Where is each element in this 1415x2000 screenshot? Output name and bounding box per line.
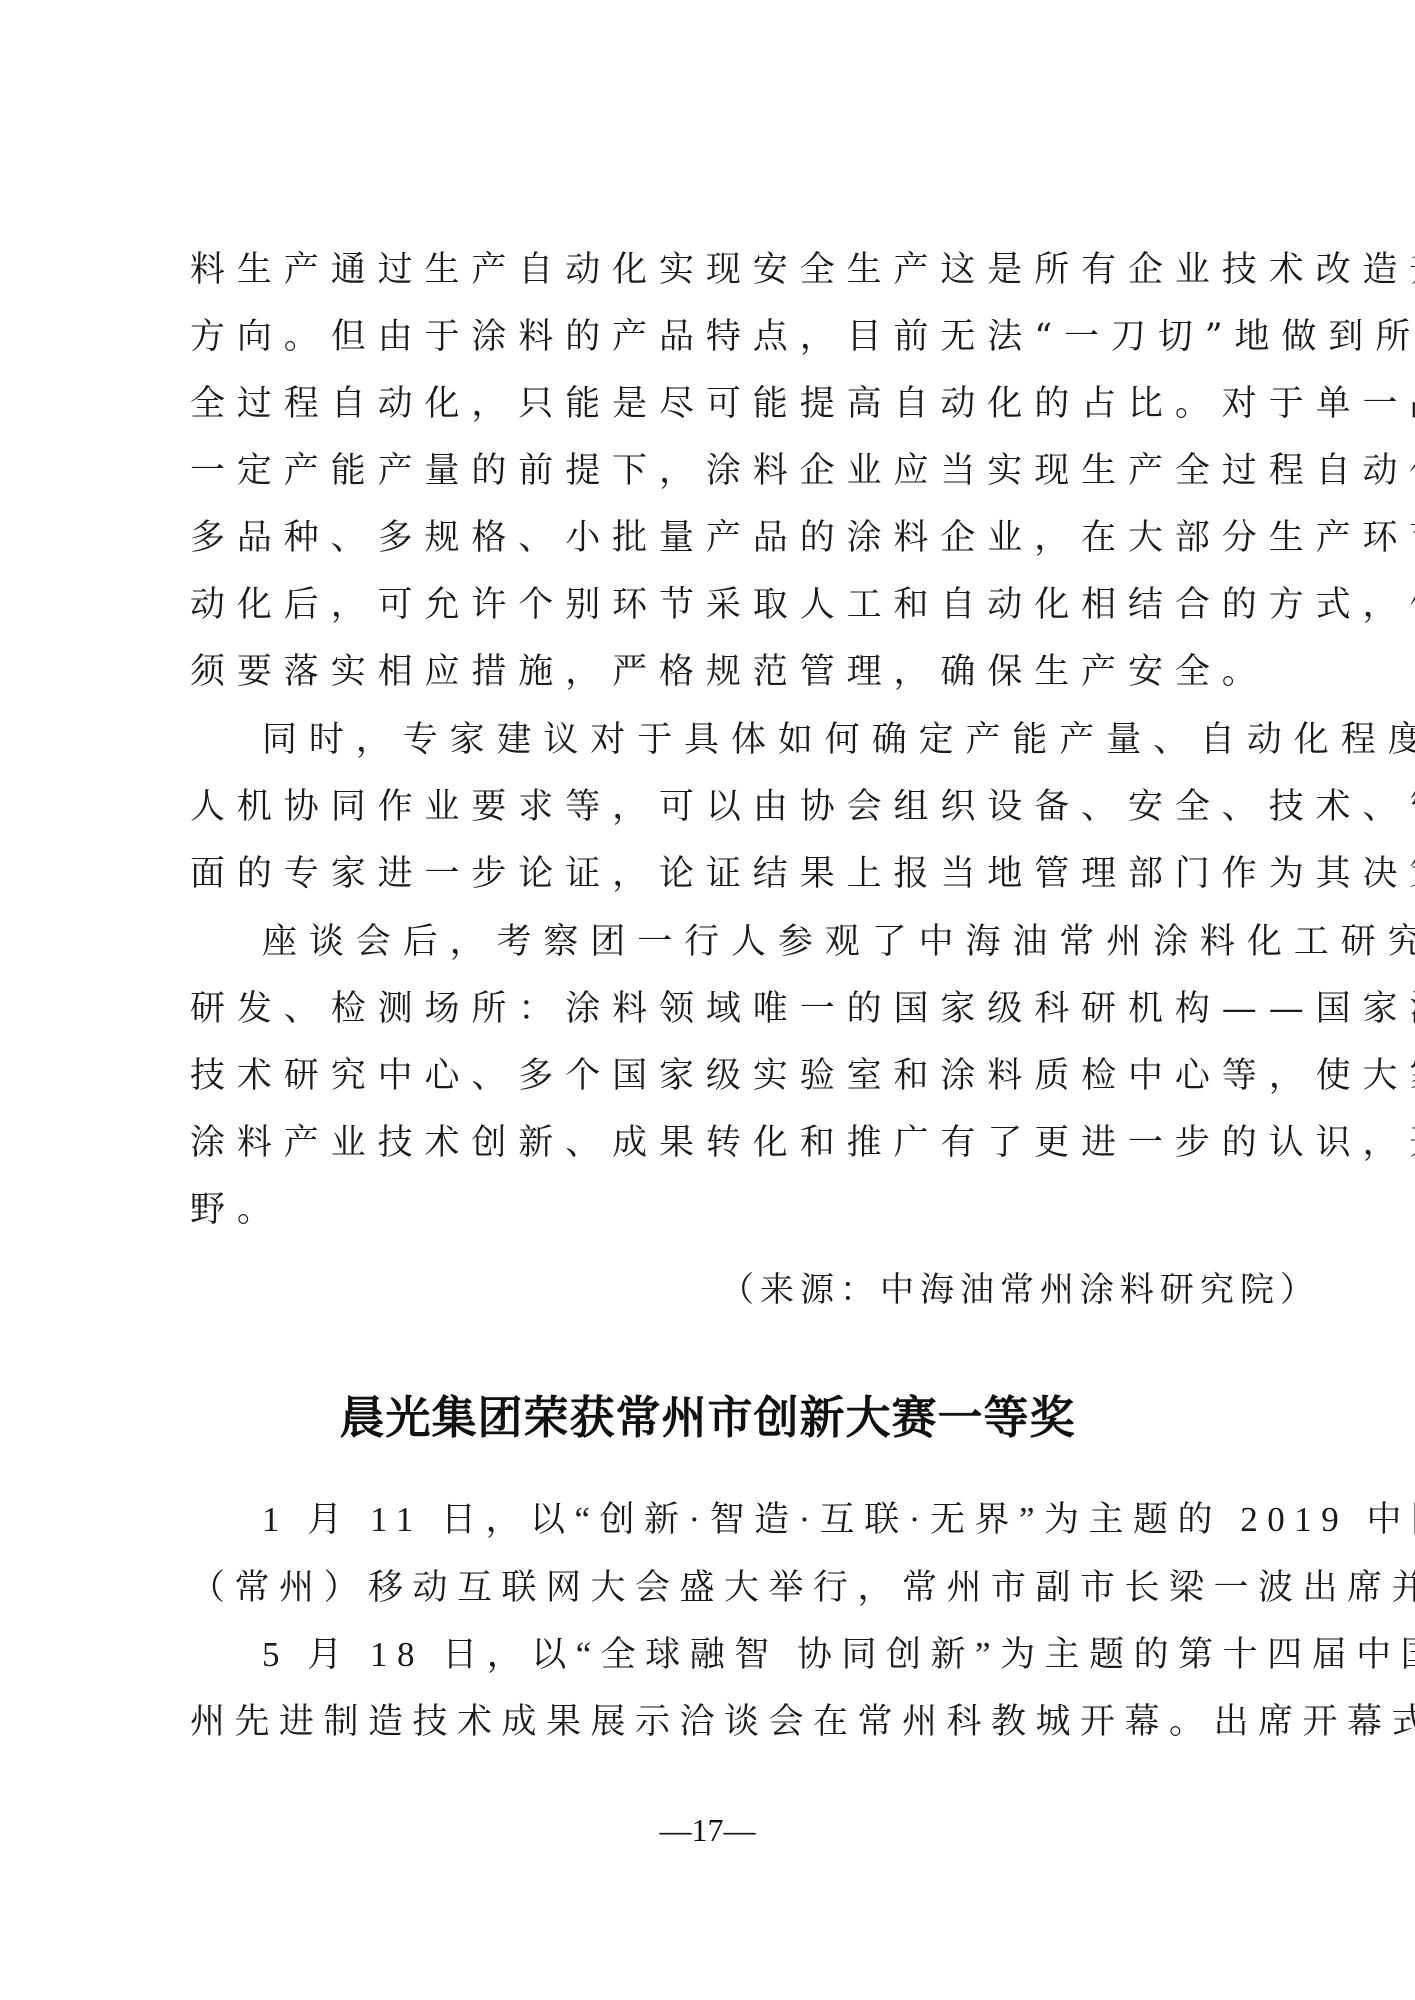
text-line: 方向。但由于涂料的产品特点，目前无法“一刀切”地做到所有生产 xyxy=(190,312,1240,362)
text-line: 涂料产业技术创新、成果转化和推广有了更进一步的认识，开阔了视 xyxy=(190,1118,1240,1168)
text-line: 动化后，可允许个别环节采取人工和自动化相结合的方式，但企业必 xyxy=(190,580,1240,630)
text-line: 料生产通过生产自动化实现安全生产这是所有企业技术改造升级的 xyxy=(190,245,1240,295)
text-line: 野。 xyxy=(190,1185,1240,1235)
page-number: —17— xyxy=(0,1805,1415,1855)
text-line: 人机协同作业要求等，可以由协会组织设备、安全、技术、管理等方 xyxy=(190,782,1240,832)
text-line: 州先进制造技术成果展示洽谈会在常州科教城开幕。出席开幕式的有 xyxy=(190,1697,1240,1747)
text-line: 多品种、多规格、小批量产品的涂料企业，在大部分生产环节实现自 xyxy=(190,513,1240,563)
source-attribution: （来源：中海油常州涂料研究院） xyxy=(720,1265,1240,1315)
article-title: 晨光集团荣获常州市创新大赛一等奖 xyxy=(0,1388,1415,1448)
text-line: 研发、检测场所：涂料领域唯一的国家级科研机构——国家涂料工程 xyxy=(190,984,1240,1034)
text-line: 须要落实相应措施，严格规范管理，确保生产安全。 xyxy=(190,647,1240,697)
text-line: 1 月 11 日，以“创新·智造·互联·无界”为主题的 2019 中国 xyxy=(262,1495,1240,1545)
text-line: 面的专家进一步论证，论证结果上报当地管理部门作为其决策参考。 xyxy=(190,849,1240,899)
text-line: 座谈会后，考察团一行人参观了中海油常州涂料化工研究院部分 xyxy=(262,917,1240,967)
text-line: 同时，专家建议对于具体如何确定产能产量、自动化程度占比、 xyxy=(262,715,1240,765)
text-line: 一定产能产量的前提下，涂料企业应当实现生产全过程自动化；对于 xyxy=(190,446,1240,496)
text-line: 5 月 18 日，以“全球融智 协同创新”为主题的第十四届中国常 xyxy=(262,1630,1240,1680)
text-line: （常州）移动互联网大会盛大举行，常州市副市长梁一波出席并致辞， xyxy=(190,1563,1240,1613)
document-page: 料生产通过生产自动化实现安全生产这是所有企业技术改造升级的 方向。但由于涂料的产… xyxy=(0,0,1415,2000)
text-line: 全过程自动化，只能是尽可能提高自动化的占比。对于单一品种达到 xyxy=(190,379,1240,429)
text-line: 技术研究中心、多个国家级实验室和涂料质检中心等，使大家对我国 xyxy=(190,1051,1240,1101)
